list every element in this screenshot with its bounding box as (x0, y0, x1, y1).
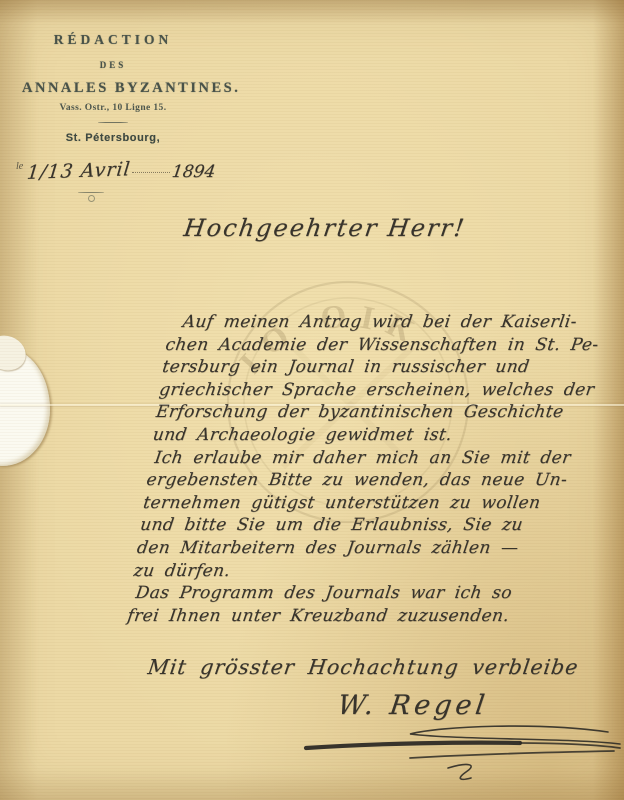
ornament-dot (88, 195, 95, 202)
body-line: den Mitarbeitern des Journals zählen — (135, 538, 590, 561)
letterhead-subtitle: DES (22, 60, 204, 70)
letterhead-address: Vass. Ostr., 10 Ligne 15. (22, 103, 204, 113)
body-line: chen Academie der Wissenschaften in St. … (164, 335, 619, 358)
letterhead-city: St. Pétersbourg, (22, 132, 204, 144)
signature: W. Regel (316, 690, 510, 721)
handwritten-date: 1/13 Avril (26, 158, 132, 184)
body-line: Erforschung der byzantinischen Geschicht… (154, 402, 609, 425)
body-line: und bitte Sie um die Erlaubniss, Sie zu (138, 515, 593, 538)
closing-line: Mit grösster Hochachtung verbleibe (146, 655, 580, 679)
body-line: frei Ihnen unter Kreuzband zuzusenden. (126, 606, 581, 629)
ornament-rule (98, 122, 128, 123)
body-line: tersburg ein Journal in russischer und (161, 357, 616, 380)
date-line: le 1/13 Avril1894 (16, 160, 226, 182)
body-line: ternehmen gütigst unterstützen zu wollen (142, 493, 597, 516)
ornament-bar (78, 192, 104, 193)
body-line: griechischer Sprache erscheinen, welches… (158, 380, 613, 403)
body-line: Das Programm des Journals war ich so (129, 583, 584, 606)
body-line: Auf meinen Antrag wird bei der Kaiserli- (167, 312, 622, 335)
letter-page: IO OIK RÉDACTION DES ANNALES BYZANTINES.… (0, 0, 624, 800)
salutation: Hochgeehrter Herr! (182, 214, 468, 242)
letter-body: Auf meinen Antrag wird bei der Kaiserli-… (126, 312, 622, 628)
body-line: Ich erlaube mir daher mich an Sie mit de… (148, 448, 603, 471)
dotted-leader (132, 172, 170, 173)
ornament-mark (78, 192, 104, 202)
body-line: zu dürfen. (132, 561, 587, 584)
date-prefix: le (16, 161, 23, 172)
body-line: ergebensten Bitte zu wenden, das neue Un… (145, 470, 600, 493)
signature-flourish (290, 718, 624, 782)
letterhead-journal-name: ANNALES BYZANTINES. (22, 80, 204, 97)
letterhead: RÉDACTION DES ANNALES BYZANTINES. Vass. … (22, 32, 204, 144)
letterhead-title: RÉDACTION (22, 32, 204, 48)
handwritten-year: 1894 (170, 162, 216, 182)
body-line: und Archaeologie gewidmet ist. (151, 425, 606, 448)
